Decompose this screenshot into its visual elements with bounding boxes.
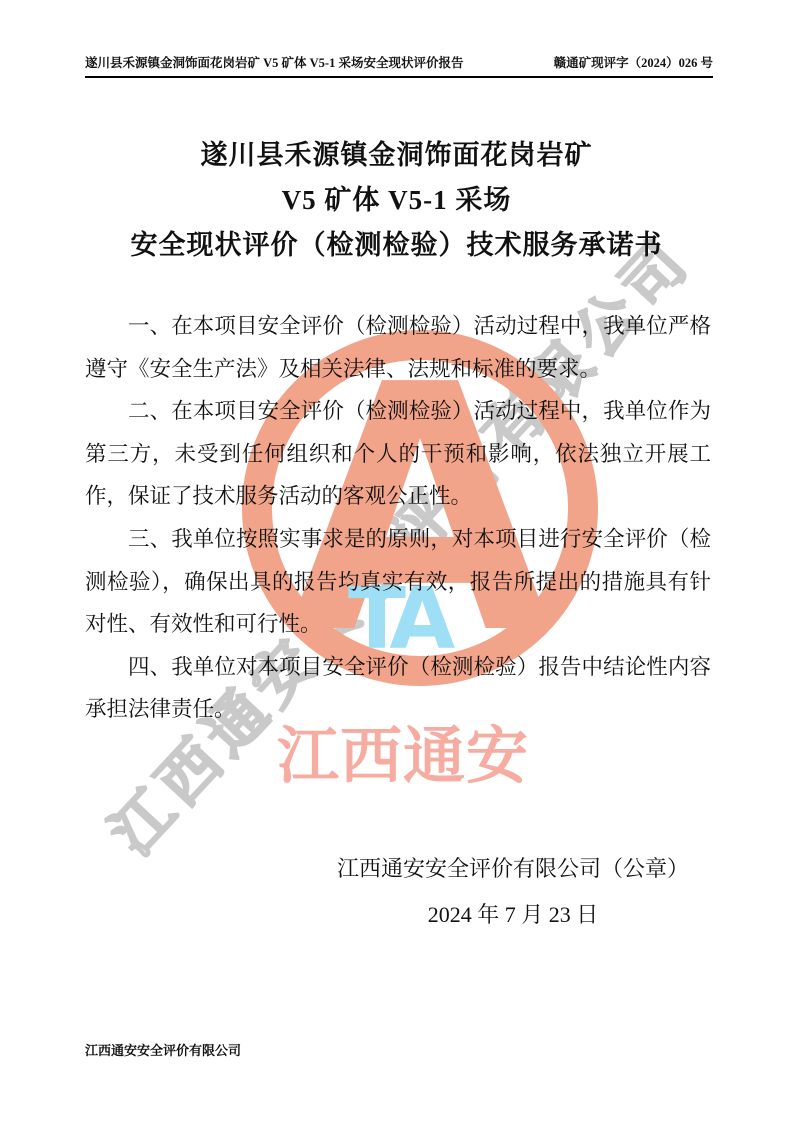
document-body: 一、在本项目安全评价（检测检验）活动过程中，我单位严格遵守《安全生产法》及相关法… xyxy=(85,305,711,731)
title-line-1: 遂川县禾源镇金洞饰面花岗岩矿 xyxy=(0,133,793,178)
header-report-title: 遂川县禾源镇金洞饰面花岗岩矿 V5 矿体 V5-1 采场安全现状评价报告 xyxy=(85,53,463,71)
signature-block: 江西通安安全评价有限公司（公章） 2024 年 7 月 23 日 xyxy=(303,846,723,938)
paragraph-2: 二、在本项目安全评价（检测检验）活动过程中，我单位作为第三方，未受到任何组织和个… xyxy=(85,390,711,518)
document-content: 遂川县禾源镇金洞饰面花岗岩矿 V5 矿体 V5-1 采场安全现状评价报告 赣通矿… xyxy=(0,0,793,1122)
title-line-2: V5 矿体 V5-1 采场 xyxy=(0,178,793,223)
paragraph-4: 四、我单位对本项目安全评价（检测检验）报告中结论性内容承担法律责任。 xyxy=(85,646,711,731)
signature-company: 江西通安安全评价有限公司（公章） xyxy=(303,846,723,892)
paragraph-1: 一、在本项目安全评价（检测检验）活动过程中，我单位严格遵守《安全生产法》及相关法… xyxy=(85,305,711,390)
title-line-3: 安全现状评价（检测检验）技术服务承诺书 xyxy=(0,223,793,268)
signature-date: 2024 年 7 月 23 日 xyxy=(303,892,723,938)
paragraph-3: 三、我单位按照实事求是的原则，对本项目进行安全评价（检测检验），确保出具的报告均… xyxy=(85,518,711,646)
document-title: 遂川县禾源镇金洞饰面花岗岩矿 V5 矿体 V5-1 采场 安全现状评价（检测检验… xyxy=(0,133,793,268)
header-document-number: 赣通矿现评字（2024）026 号 xyxy=(554,53,713,71)
page-footer-company: 江西通安安全评价有限公司 xyxy=(85,1040,241,1059)
page-header: 遂川县禾源镇金洞饰面花岗岩矿 V5 矿体 V5-1 采场安全现状评价报告 赣通矿… xyxy=(85,53,713,78)
document-page: 江西通安安全评价有限公司 A TA 江西通安 遂川县禾源镇金洞饰面花岗岩矿 V5… xyxy=(0,0,793,1122)
